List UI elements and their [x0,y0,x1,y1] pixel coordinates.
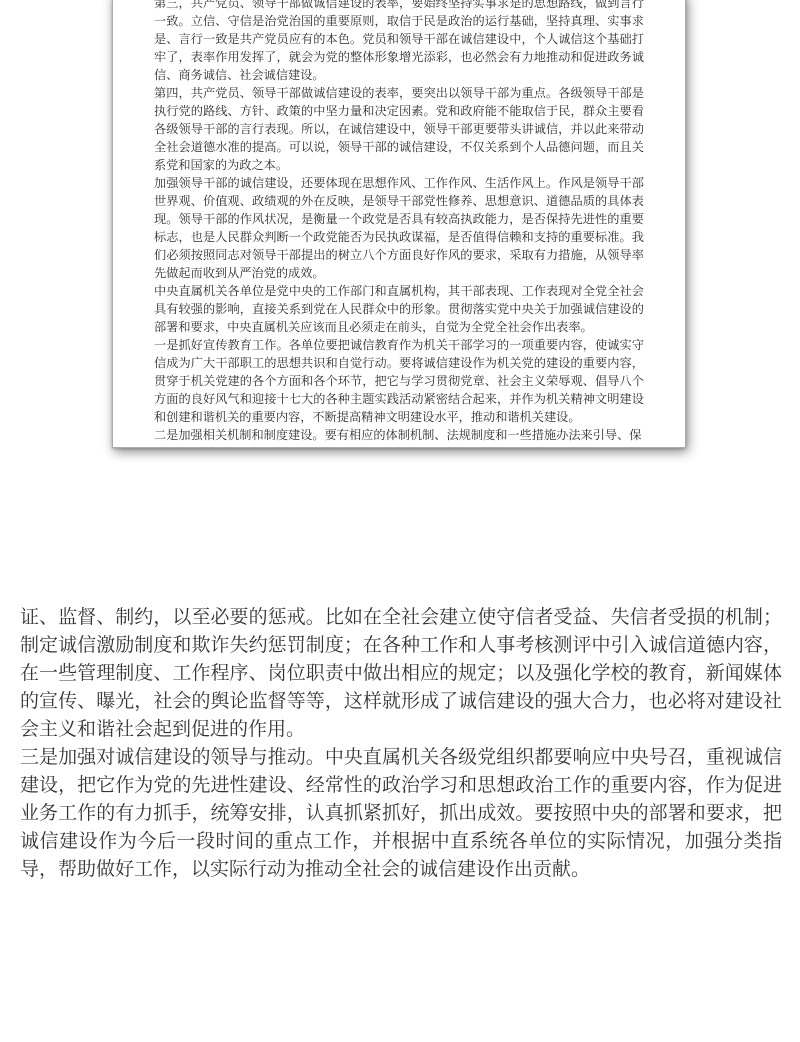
preview-paragraph: 二是加强相关机制和制度建设。要有相应的体制机制、法规制度和一些措施办法来引导、保 [154,426,644,444]
preview-paragraph: 一是抓好宣传教育工作。各单位要把诚信教育作为机关干部学习的一项重要内容，使诚实守… [154,336,644,426]
document-viewer-page: 第三，共产党员、领导干部做诚信建设的表率，要始终坚持实事求是的思想路线，做到言行… [0,0,800,1042]
preview-paragraph: 第四，共产党员、领导干部做诚信建设的表率，要突出以领导干部为重点。各级领导干部是… [154,84,644,174]
preview-paragraph: 中央直属机关各单位是党中央的工作部门和直属机构，其干部表现、工作表现对全党全社会… [154,282,644,336]
document-preview-page: 第三，共产党员、领导干部做诚信建设的表率，要始终坚持实事求是的思想路线，做到言行… [112,0,686,448]
article-text-block: 证、监督、制约，以至必要的惩戒。比如在全社会建立使守信者受益、失信者受损的机制；… [20,604,782,884]
article-paragraph: 证、监督、制约，以至必要的惩戒。比如在全社会建立使守信者受益、失信者受损的机制；… [20,604,782,744]
preview-paragraph: 加强领导干部的诚信建设，还要体现在思想作风、工作作风、生活作风上。作风是领导干部… [154,174,644,282]
article-paragraph: 三是加强对诚信建设的领导与推动。中央直属机关各级党组织都要响应中央号召，重视诚信… [20,744,782,884]
preview-paragraph: 第三，共产党员、领导干部做诚信建设的表率，要始终坚持实事求是的思想路线，做到言行… [154,0,644,84]
